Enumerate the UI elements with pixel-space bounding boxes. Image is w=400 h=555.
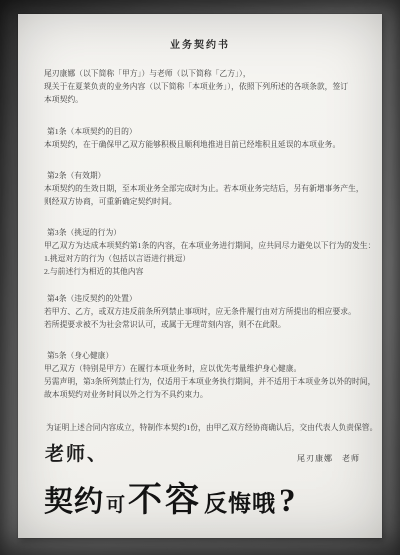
- preamble-line: 现关于在夏莱负责的业务内容（以下简称「本项业务」），依照下列所述的各项条款，签订: [44, 80, 376, 93]
- question-mark: ?: [279, 483, 297, 520]
- article-3-line: 2.与前述行为相近的其他内容: [44, 265, 376, 278]
- article-4-line: 若所提要求被不为社会常识认可，或属于无理苛刻内容，则不在此限。: [44, 318, 376, 331]
- article-3-heading: 第3条（挑逗的行为）: [47, 226, 376, 239]
- article-5-line: 甲乙双方（特别是甲方）在履行本项业务时，应以优先考量维护身心健康。: [44, 362, 376, 375]
- article-3-line: 甲乙双方为达成本项契约第1条的内容，在本项业务进行期间，应共同尽力避免以下行为的…: [44, 239, 376, 252]
- signature: 尾刃康娜 老师: [297, 452, 360, 465]
- caption-segment: 反悔哦: [204, 485, 276, 518]
- article-1-line: 本项契约，在于确保甲乙双方能够积极且顺利地推进目前已经堆积且延误的本项业务。: [44, 138, 376, 151]
- preamble-line: 本项契约。: [44, 93, 376, 106]
- closing-statement: 为证明上述合同内容成立，特制作本契约1份，由甲乙双方经协商确认后，交由代表人负责…: [46, 421, 376, 434]
- article-5: 第5条（身心健康） 甲乙双方（特别是甲方）在履行本项业务时，应以优先考量维护身心…: [44, 349, 376, 401]
- caption-teacher: 老师、: [45, 444, 108, 466]
- contract-preamble: 尾刃康娜（以下简称「甲方」）与老师（以下简称「乙方」）， 现关于在夏莱负责的业务…: [44, 67, 376, 106]
- preamble-line: 尾刃康娜（以下简称「甲方」）与老师（以下简称「乙方」），: [44, 67, 376, 80]
- caption-segment: 契约: [44, 479, 104, 520]
- article-5-line: 另需声明，第3条所列禁止行为，仅适用于本项业务执行期间，并不适用于本项业务以外的…: [44, 375, 376, 388]
- caption-segment: 可: [106, 490, 126, 517]
- article-2-line: 则经双方协商，可重新确定契约时间。: [44, 195, 376, 208]
- contract-title: 业务契约书: [18, 39, 382, 52]
- article-3: 第3条（挑逗的行为） 甲乙双方为达成本项契约第1条的内容，在本项业务进行期间，应…: [44, 226, 376, 278]
- article-3-line: 1.挑逗对方的行为（包括以言语进行挑逗）: [44, 252, 376, 265]
- article-2-line: 本项契约的生效日期，至本项业务全部完成时为止。若本项业务完结后，另有新增事务产生…: [44, 182, 376, 195]
- article-5-heading: 第5条（身心健康）: [47, 349, 376, 362]
- article-4-line: 若甲方、乙方，或双方违反前条所列禁止事项时，应无条件履行由对方所提出的相应要求。: [44, 305, 376, 318]
- photo-background: 业务契约书 尾刃康娜（以下简称「甲方」）与老师（以下简称「乙方」）， 现关于在夏…: [0, 0, 400, 555]
- caption-segment: 不容: [128, 472, 202, 521]
- article-2-heading: 第2条（有效期）: [47, 169, 376, 182]
- article-4: 第4条（违反契约的处置） 若甲方、乙方，或双方违反前条所列禁止事项时，应无条件履…: [44, 292, 376, 331]
- article-2: 第2条（有效期） 本项契约的生效日期，至本项业务全部完成时为止。若本项业务完结后…: [44, 169, 376, 208]
- article-5-line: 故本项契约对业务时间以外之行为不具约束力。: [44, 388, 376, 401]
- article-4-heading: 第4条（违反契约的处置）: [47, 292, 376, 305]
- article-1-heading: 第1条（本项契约的目的）: [47, 125, 376, 138]
- caption-main: 契约可不容反悔哦?: [44, 472, 378, 532]
- article-1: 第1条（本项契约的目的） 本项契约，在于确保甲乙双方能够积极且顺利地推进目前已经…: [44, 125, 376, 151]
- contract-paper: 业务契约书 尾刃康娜（以下简称「甲方」）与老师（以下简称「乙方」）， 现关于在夏…: [18, 14, 382, 538]
